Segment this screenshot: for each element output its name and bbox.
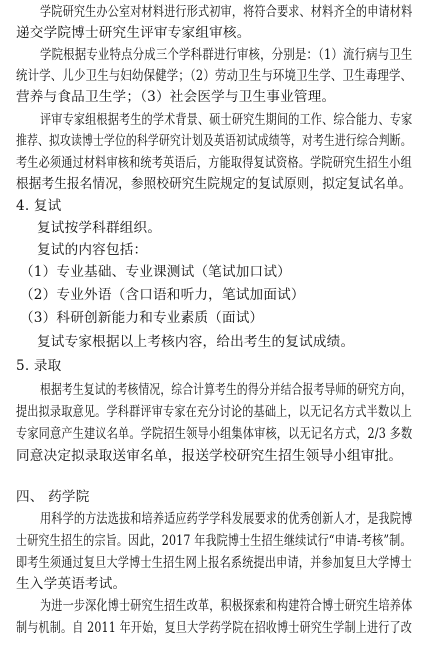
text-line: 同意决定拟录取送审名单，报送学校研究生招生领导小组审批。	[16, 448, 402, 464]
text-line: 根据考生报名情况，参照校研究生院规定的复试原则，拟定复试名单。	[16, 176, 412, 192]
text-line: 复试按学科群组织。	[37, 220, 161, 236]
text-line: 生入学英语考试。	[16, 576, 126, 592]
text-line: 营养与食品卫生学；（3）社会医学与卫生事业管理。	[16, 89, 335, 105]
text-line: 即考生须通过复旦大学博士生招生网上报名系统提出申请，并参加复旦大学博士	[16, 555, 412, 571]
text-line: 评审专家组根据考生的学术背景、硕士研究生期间的工作、综合能力、专家	[40, 112, 412, 128]
text-line: 学院根据专业特点分成三个学科群进行审核，分别是：（1）流行病与卫生	[40, 47, 413, 63]
text-line: 用科学的方法选拔和培养适应药学学科发展要求的优秀创新人才，是我院博	[40, 511, 412, 527]
text-line: 四、 药学院	[16, 489, 90, 505]
text-line: 为进一步深化博士研究生招生改革，积极探索和构建符合博士研究生培养体	[40, 598, 412, 614]
text-line: 专家同意产生建议名单。学院招生领导小组集体审核，以无记名方式，2/3 多数	[16, 426, 412, 442]
text-line: 4. 复试	[16, 198, 61, 214]
text-line: 复试的内容包括：	[37, 242, 147, 258]
text-line: 学院研究生办公室对材料进行形式初审，将符合要求、材料齐全的申请材料	[40, 4, 412, 20]
text-line: 复试专家根据以上考核内容，给出考生的复试成绩。	[37, 334, 354, 350]
text-line: 提出拟录取意见。学科群评审专家在充分讨论的基础上，以无记名方式半数以上	[16, 404, 412, 420]
text-line: 统计学、儿少卫生与妇幼保健学；（2）劳动卫生与环境卫生学、卫生毒理学、	[16, 68, 412, 84]
text-line: 根据考生复试的考核情况，综合计算考生的得分并结合报考导师的研究方向，	[40, 382, 412, 398]
text-line: 推荐、拟攻读博士学位的科学研究计划及英语初试成绩等，对考生进行综合判断。	[16, 133, 412, 149]
text-line: （1）专业基础、专业课测试（笔试加口试）	[20, 264, 291, 280]
text-line: （3）科研创新能力和专业素质（面试）	[20, 310, 263, 326]
text-line: 士研究生招生的宗旨。因此，2017 年我院博士生招生继续试行“申请-考核”制。	[16, 533, 412, 549]
text-line: 考生必须通过材料审核和统考英语后，方能取得复试资格。学院研究生招生小组	[16, 155, 412, 171]
text-line: 递交学院博士研究生评审专家组审核。	[16, 25, 251, 41]
text-line: 制与机制。自 2011 年开始，复旦大学药学院在招收博士研究生学制上进行了改	[16, 620, 412, 636]
text-line: 5. 录取	[16, 358, 61, 374]
text-line: （2）专业外语（含口语和听力，笔试加面试）	[20, 287, 305, 303]
